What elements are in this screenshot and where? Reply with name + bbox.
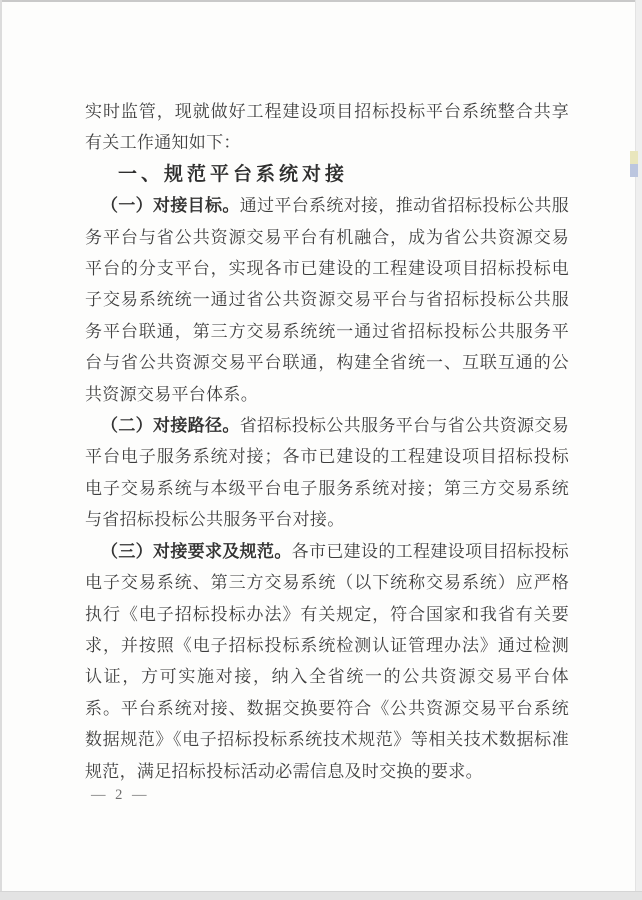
paragraph-2-lead: （二）对接路径。 (101, 416, 240, 435)
scanned-document-page: 实时监管，现就做好工程建设项目招标投标平台系统整合共享有关工作通知如下： 一、规… (0, 0, 642, 900)
section-heading: 一、规范平台系统对接 (85, 159, 569, 190)
paragraph-item-1: （一）对接目标。通过平台系统对接，推动省招标投标公共服务平台与省公共资源交易平台… (85, 190, 569, 410)
scan-artifact-mark (630, 151, 638, 177)
paragraph-3-text: 各市已建设的工程建设项目招标投标电子交易系统、第三方交易系统（以下统称交易系统）… (85, 542, 569, 781)
document-body: 实时监管，现就做好工程建设项目招标投标平台系统整合共享有关工作通知如下： 一、规… (85, 96, 569, 787)
page-edge-left (0, 0, 2, 900)
scan-artifact-blue (630, 164, 638, 177)
paragraph-item-2: （二）对接路径。省招标投标公共服务平台与省公共资源交易平台电子服务系统对接；各市… (85, 410, 569, 536)
page-edge-right (635, 0, 642, 900)
scan-artifact-yellow (630, 151, 638, 164)
paragraph-1-lead: （一）对接目标。 (101, 196, 240, 215)
opening-paragraph-text: 实时监管，现就做好工程建设项目招标投标平台系统整合共享有关工作通知如下： (85, 102, 569, 152)
page-edge-bottom (0, 891, 642, 900)
paragraph-1-text: 通过平台系统对接，推动省招标投标公共服务平台与省公共资源交易平台有机融合，成为省… (85, 196, 569, 403)
page-edge-top (0, 0, 642, 2)
opening-paragraph: 实时监管，现就做好工程建设项目招标投标平台系统整合共享有关工作通知如下： (85, 96, 569, 159)
page-number: — 2 — (91, 787, 150, 804)
paragraph-3-lead: （三）对接要求及规范。 (101, 542, 292, 561)
paragraph-item-3: （三）对接要求及规范。各市已建设的工程建设项目招标投标电子交易系统、第三方交易系… (85, 536, 569, 787)
